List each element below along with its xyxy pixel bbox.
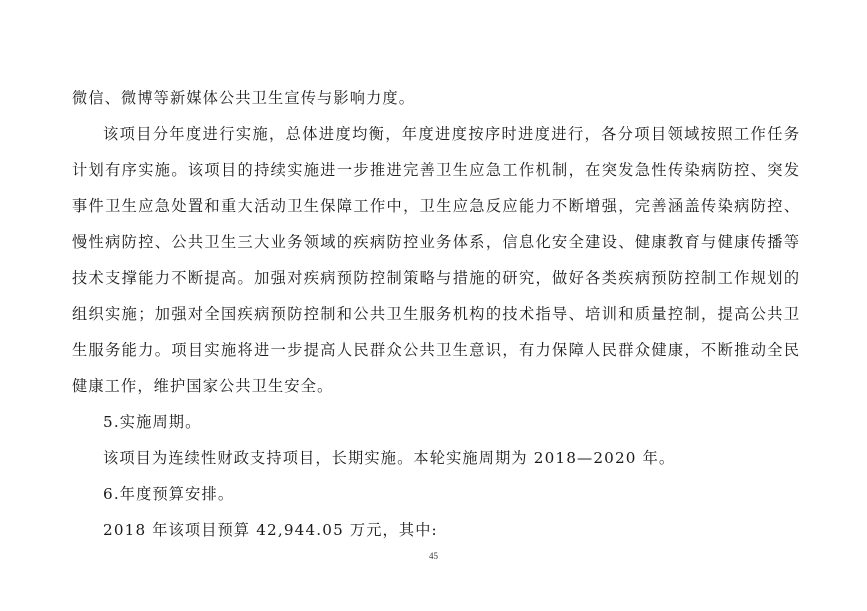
paragraph-line-progress-4: 慢性病防控、公共卫生三大业务领域的疾病防控业务体系，信息化安全建设、健康教育与健… — [72, 232, 799, 252]
paragraph-line-continuation: 微信、微博等新媒体公共卫生宣传与影响力度。 — [72, 88, 415, 108]
paragraph-line-progress-1: 该项目分年度进行实施，总体进度均衡，年度进度按序时进度进行，各分项目领域按照工作… — [103, 124, 799, 144]
paragraph-line-progress-5: 技术支撑能力不断提高。加强对疾病预防控制策略与措施的研究，做好各类疾病预防控制工… — [72, 268, 799, 288]
paragraph-line-progress-6: 组织实施；加强对全国疾病预防控制和公共卫生服务机构的技术指导、培训和质量控制，提… — [72, 304, 799, 324]
paragraph-line-progress-8: 健康工作，维护国家公共卫生安全。 — [72, 376, 333, 396]
paragraph-line-progress-3: 事件卫生应急处置和重大活动卫生保障工作中，卫生应急反应能力不断增强，完善涵盖传染… — [72, 196, 799, 216]
paragraph-annual-budget: 2018 年该项目预算 42,944.05 万元，其中: — [103, 520, 438, 540]
paragraph-line-progress-7: 生服务能力。项目实施将进一步提高人民群众公共卫生意识，有力保障人民群众健康，不断… — [72, 340, 799, 360]
section-heading-annual-budget: 6.年度预算安排。 — [103, 484, 234, 504]
paragraph-line-progress-2: 计划有序实施。该项目的持续实施进一步推进完善卫生应急工作机制，在突发急性传染病防… — [72, 160, 799, 180]
page-number: 45 — [0, 551, 867, 561]
paragraph-implementation-period: 该项目为连续性财政支持项目，长期实施。本轮实施周期为 2018—2020 年。 — [103, 448, 675, 468]
document-page: 微信、微博等新媒体公共卫生宣传与影响力度。 该项目分年度进行实施，总体进度均衡，… — [0, 0, 867, 611]
section-heading-implementation-period: 5.实施周期。 — [103, 412, 201, 432]
